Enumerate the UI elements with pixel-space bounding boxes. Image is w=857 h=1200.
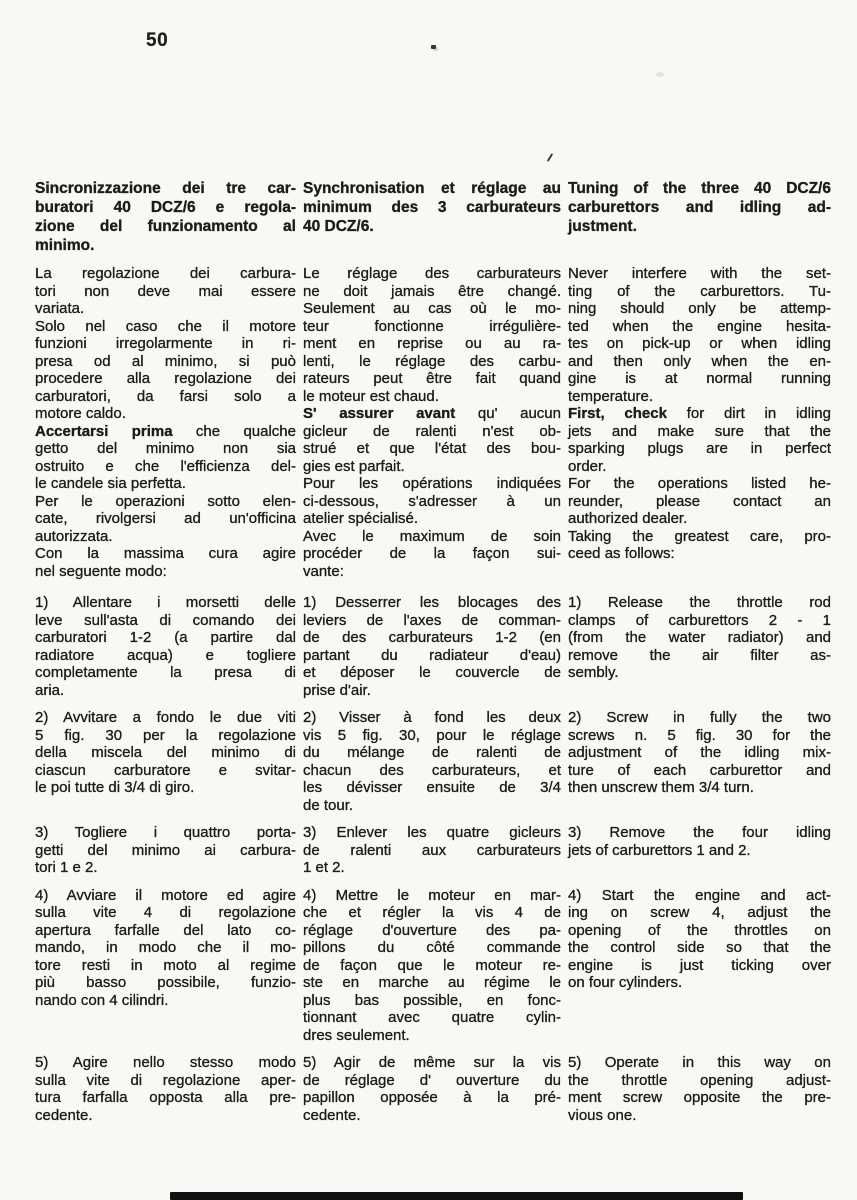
text-line: più basso possibile, funzio- <box>35 974 296 992</box>
text-line: 5) Agire nello stesso modo <box>35 1054 296 1072</box>
text-line: le candele sia perfetta. <box>35 475 296 493</box>
text-line: aria. <box>35 682 296 700</box>
paragraph: Never interfere with the set-ting of the… <box>568 265 831 405</box>
paragraph: 4) Mettre le moteur en mar-che et régler… <box>303 887 561 1045</box>
text-line: ted when the engine hesita- <box>568 318 831 336</box>
step-4-english: 4) Start the engine and act-ing on screw… <box>568 887 831 992</box>
manual-page: 50 Sincronizzazione dei tre car-buratori… <box>0 0 857 1200</box>
text-line: vious one. <box>568 1107 831 1125</box>
intro-french: Le réglage des carburateursne doit jamai… <box>303 265 561 580</box>
text-line: Accertarsi prima che qualche <box>35 423 296 441</box>
text-line: che et régler la vis 4 de <box>303 904 561 922</box>
paragraph: 1) Release the throttle rodclamps of car… <box>568 594 831 682</box>
text-line: 3) Togliere i quattro porta- <box>35 824 296 842</box>
text-line: First, check for dirt in idling <box>568 405 831 423</box>
text-line: teur fonctionne irrégulière- <box>303 318 561 336</box>
text-line: cate, rivolgersi ad un'officina <box>35 510 296 528</box>
step-3-french: 3) Enlever les quatre gicleursde ralenti… <box>303 824 561 877</box>
text-line: variata. <box>35 300 296 318</box>
paragraph: 5) Operate in this way onthe throttle op… <box>568 1054 831 1124</box>
text-line: vis 5 fig. 30, pour le réglage <box>303 727 561 745</box>
text-line: ci-dessous, s'adresser à un <box>303 493 561 511</box>
text-line: atelier spécialisé. <box>303 510 561 528</box>
text-line: Tuning of the three 40 DCZ/6 <box>568 179 831 198</box>
text-line: ne doit jamais être changé. <box>303 283 561 301</box>
text-line: Never interfere with the set- <box>568 265 831 283</box>
text-line: gicleur de ralenti n'est ob- <box>303 423 561 441</box>
text-line: sulla vite 4 di regolazione <box>35 904 296 922</box>
text-line: justment. <box>568 217 831 236</box>
text-line: ciascun carburatore e svitar- <box>35 762 296 780</box>
text-line: tori non deve mai essere <box>35 283 296 301</box>
paragraph: Sincronizzazione dei tre car-buratori 40… <box>35 179 296 255</box>
section-heading-french: Synchronisation et réglage auminimum des… <box>303 179 561 255</box>
text-line: lenti, le réglage des carbu- <box>303 353 561 371</box>
text-line: opening of the throttles on <box>568 922 831 940</box>
text-line: 5) Agir de même sur la vis <box>303 1054 561 1072</box>
text-line: temperature. <box>568 388 831 406</box>
text-line: ceed as follows: <box>568 545 831 563</box>
text-line: 1) Release the throttle rod <box>568 594 831 612</box>
text-line: carburettors and idling ad- <box>568 198 831 217</box>
paragraph: Con la massima cura agirenel seguente mo… <box>35 545 296 580</box>
text-line: order. <box>568 458 831 476</box>
text-line: sulla vite di regolazione aper- <box>35 1072 296 1090</box>
paragraph: 4) Avviare il motore ed agiresulla vite … <box>35 887 296 1010</box>
text-line: ting of the carburettors. Tu- <box>568 283 831 301</box>
text-line: authorized dealer. <box>568 510 831 528</box>
paragraph: S' assurer avant qu' aucungicleur de ral… <box>303 405 561 475</box>
step-3-english: 3) Remove the four idlingjets of carbure… <box>568 824 831 859</box>
intro-italian: La regolazione dei carbura-tori non deve… <box>35 265 296 580</box>
text-line: de façon que le moteur re- <box>303 957 561 975</box>
text-line: de ralenti aux carburateurs <box>303 842 561 860</box>
text-line: jets of carburettors 1 and 2. <box>568 842 831 860</box>
text-line: tes on pick-up or when idling <box>568 335 831 353</box>
text-line: 4) Avviare il motore ed agire <box>35 887 296 905</box>
text-line: reunder, please contact an <box>568 493 831 511</box>
scan-artifact-bottom-bar <box>170 1192 743 1200</box>
paragraph: First, check for dirt in idlingjets and … <box>568 405 831 475</box>
text-line: buratori 40 DCZ/6 e regola- <box>35 198 296 217</box>
paragraph: 3) Togliere i quattro porta-getti del mi… <box>35 824 296 877</box>
text-line: 1 et 2. <box>303 859 561 877</box>
step-3-italian: 3) Togliere i quattro porta-getti del mi… <box>35 824 296 877</box>
text-line: plus bas possible, en fonc- <box>303 992 561 1010</box>
paragraph: Solo nel caso che il motorefunzioni irre… <box>35 318 296 423</box>
text-line: 2) Avvitare a fondo le due viti <box>35 709 296 727</box>
text-line: Taking the greatest care, pro- <box>568 528 831 546</box>
text-line: et déposer le couvercle de <box>303 664 561 682</box>
text-line: motore caldo. <box>35 405 296 423</box>
step-4-french: 4) Mettre le moteur en mar-che et régler… <box>303 887 561 1045</box>
text-line: ture of each carburettor and <box>568 762 831 780</box>
page-number: 50 <box>146 30 168 52</box>
text-line: mando, in modo che il mo- <box>35 939 296 957</box>
text-line: procedere alla regolazione dei <box>35 370 296 388</box>
text-line: the throttle opening adjust- <box>568 1072 831 1090</box>
text-line: papillon opposée à la pré- <box>303 1089 561 1107</box>
text-line: procéder de la façon sui- <box>303 545 561 563</box>
text-line: carburatori 1-2 (a partire dal <box>35 629 296 647</box>
text-line: remove the air filter as- <box>568 647 831 665</box>
step-4-italian: 4) Avviare il motore ed agiresulla vite … <box>35 887 296 1010</box>
text-line: ment screw opposite the pre- <box>568 1089 831 1107</box>
paragraph: 3) Remove the four idlingjets of carbure… <box>568 824 831 859</box>
text-line: Sincronizzazione dei tre car- <box>35 179 296 198</box>
paragraph: 2) Visser à fond les deuxvis 5 fig. 30, … <box>303 709 561 814</box>
step-5-french: 5) Agir de même sur la visde réglage d' … <box>303 1054 561 1124</box>
paragraph: 1) Allentare i morsetti delleleve sull'a… <box>35 594 296 699</box>
scan-artifact-speck <box>431 45 436 49</box>
text-line: autorizzata. <box>35 528 296 546</box>
paragraph: Synchronisation et réglage auminimum des… <box>303 179 561 236</box>
text-line: leviers de l'axes de comman- <box>303 612 561 630</box>
text-line: getto del minimo non sia <box>35 440 296 458</box>
text-line: de tour. <box>303 797 561 815</box>
text-line: funzioni irregolarmente in ri- <box>35 335 296 353</box>
text-line: le poi tutte di 3/4 di giro. <box>35 779 296 797</box>
step-5-english: 5) Operate in this way onthe throttle op… <box>568 1054 831 1124</box>
text-line: de réglage d' ouverture du <box>303 1072 561 1090</box>
text-line: ning should only be attemp- <box>568 300 831 318</box>
text-line: tionnant avec quatre cylin- <box>303 1009 561 1027</box>
text-line: 3) Enlever les quatre gicleurs <box>303 824 561 842</box>
text-line: vante: <box>303 563 561 581</box>
text-line: cedente. <box>303 1107 561 1125</box>
text-line: La regolazione dei carbura- <box>35 265 296 283</box>
paragraph: La regolazione dei carbura-tori non deve… <box>35 265 296 318</box>
step-2-english: 2) Screw in fully the twoscrews n. 5 fig… <box>568 709 831 797</box>
step-2-italian: 2) Avvitare a fondo le due viti5 fig. 30… <box>35 709 296 797</box>
paragraph: Per le operazioni sotto elen-cate, rivol… <box>35 493 296 546</box>
text-line: Seulement au cas où le mo- <box>303 300 561 318</box>
text-line: nel seguente modo: <box>35 563 296 581</box>
paragraph: Le réglage des carburateursne doit jamai… <box>303 265 561 405</box>
text-line: clamps of carburettors 2 - 1 <box>568 612 831 630</box>
step-2-french: 2) Visser à fond les deuxvis 5 fig. 30, … <box>303 709 561 814</box>
text-line: Avec le maximum de soin <box>303 528 561 546</box>
text-line: strué et que l'état des bou- <box>303 440 561 458</box>
paragraph: 2) Avvitare a fondo le due viti5 fig. 30… <box>35 709 296 797</box>
text-line: Pour les opérations indiquées <box>303 475 561 493</box>
paragraph: 2) Screw in fully the twoscrews n. 5 fig… <box>568 709 831 797</box>
text-line: les dévisser ensuite de 3/4 <box>303 779 561 797</box>
paragraph: 3) Enlever les quatre gicleursde ralenti… <box>303 824 561 877</box>
paragraph: Pour les opérations indiquéesci-dessous,… <box>303 475 561 528</box>
paragraph: For the operations listed he-reunder, pl… <box>568 475 831 528</box>
text-line: sembly. <box>568 664 831 682</box>
text-line: minimo. <box>35 236 296 255</box>
text-line: gies est parfait. <box>303 458 561 476</box>
text-line: della miscela del minimo di <box>35 744 296 762</box>
text-line: 4) Mettre le moteur en mar- <box>303 887 561 905</box>
content-grid: Sincronizzazione dei tre car-buratori 40… <box>35 179 831 1124</box>
text-line: gine is at normal running <box>568 370 831 388</box>
text-line: partant du radiateur d'eau) <box>303 647 561 665</box>
text-line: Synchronisation et réglage au <box>303 179 561 198</box>
text-line: 2) Visser à fond les deux <box>303 709 561 727</box>
text-line: du mélange de ralenti de <box>303 744 561 762</box>
text-line: engine is just ticking over <box>568 957 831 975</box>
text-line: nando con 4 cilindri. <box>35 992 296 1010</box>
step-1-english: 1) Release the throttle rodclamps of car… <box>568 594 831 682</box>
text-line: apertura farfalle del lato co- <box>35 922 296 940</box>
paragraph: 1) Desserrer les blocages desleviers de … <box>303 594 561 699</box>
text-line: sparking plugs are in perfect <box>568 440 831 458</box>
text-line: For the operations listed he- <box>568 475 831 493</box>
text-line: prise d'air. <box>303 682 561 700</box>
text-line: tore resti in moto al regime <box>35 957 296 975</box>
paragraph: Tuning of the three 40 DCZ/6carburettors… <box>568 179 831 236</box>
text-line: tori 1 e 2. <box>35 859 296 877</box>
text-line: 2) Screw in fully the two <box>568 709 831 727</box>
text-line: 1) Allentare i morsetti delle <box>35 594 296 612</box>
text-line: Con la massima cura agire <box>35 545 296 563</box>
text-line: ing on screw 4, adjust the <box>568 904 831 922</box>
text-line: le moteur est chaud. <box>303 388 561 406</box>
text-line: on four cylinders. <box>568 974 831 992</box>
text-line: carburatori, da farsi solo a <box>35 388 296 406</box>
text-line: completamente la presa di <box>35 664 296 682</box>
paragraph: 4) Start the engine and act-ing on screw… <box>568 887 831 992</box>
text-line: 4) Start the engine and act- <box>568 887 831 905</box>
step-5-italian: 5) Agire nello stesso modosulla vite di … <box>35 1054 296 1124</box>
text-line: S' assurer avant qu' aucun <box>303 405 561 423</box>
text-line: presa od al minimo, si può <box>35 353 296 371</box>
text-line: réglage d'ouverture des pa- <box>303 922 561 940</box>
text-line: 5) Operate in this way on <box>568 1054 831 1072</box>
text-line: Solo nel caso che il motore <box>35 318 296 336</box>
step-1-french: 1) Desserrer les blocages desleviers de … <box>303 594 561 699</box>
text-line: pillons du côté commande <box>303 939 561 957</box>
text-line: jets and make sure that the <box>568 423 831 441</box>
text-line: cedente. <box>35 1107 296 1125</box>
intro-english: Never interfere with the set-ting of the… <box>568 265 831 563</box>
text-line: ostruito e che l'efficienza del- <box>35 458 296 476</box>
scan-artifact-faint-speck <box>656 72 664 77</box>
section-heading-english: Tuning of the three 40 DCZ/6carburettors… <box>568 179 831 255</box>
text-line: minimum des 3 carburateurs <box>303 198 561 217</box>
text-line: 3) Remove the four idling <box>568 824 831 842</box>
step-1-italian: 1) Allentare i morsetti delleleve sull'a… <box>35 594 296 699</box>
text-line: (from the water radiator) and <box>568 629 831 647</box>
text-line: then unscrew them 3/4 turn. <box>568 779 831 797</box>
text-line: the control side so that the <box>568 939 831 957</box>
text-line: radiatore acqua) e togliere <box>35 647 296 665</box>
scan-artifact-mark <box>547 153 553 162</box>
text-line: getti del minimo ai carbura- <box>35 842 296 860</box>
paragraph: Taking the greatest care, pro-ceed as fo… <box>568 528 831 563</box>
paragraph: Avec le maximum de soinprocéder de la fa… <box>303 528 561 581</box>
text-line: ste en marche au régime le <box>303 974 561 992</box>
text-line: zione del funzionamento al <box>35 217 296 236</box>
section-heading-italian: Sincronizzazione dei tre car-buratori 40… <box>35 179 296 255</box>
text-line: chacun des carburateurs, et <box>303 762 561 780</box>
text-line: and then only when the en- <box>568 353 831 371</box>
text-line: leve sull'asta di comando dei <box>35 612 296 630</box>
text-line: tura farfalla opposta alla pre- <box>35 1089 296 1107</box>
text-line: screws n. 5 fig. 30 for the <box>568 727 831 745</box>
text-line: dres seulement. <box>303 1027 561 1045</box>
paragraph: 5) Agir de même sur la visde réglage d' … <box>303 1054 561 1124</box>
text-line: de des carburateurs 1-2 (en <box>303 629 561 647</box>
text-line: Le réglage des carburateurs <box>303 265 561 283</box>
text-line: rateurs peut être fait quand <box>303 370 561 388</box>
text-line: 40 DCZ/6. <box>303 217 561 236</box>
text-line: 5 fig. 30 per la regolazione <box>35 727 296 745</box>
paragraph: Accertarsi prima che qualchegetto del mi… <box>35 423 296 493</box>
text-line: adjustment of the idling mix- <box>568 744 831 762</box>
text-line: Per le operazioni sotto elen- <box>35 493 296 511</box>
text-line: 1) Desserrer les blocages des <box>303 594 561 612</box>
paragraph: 5) Agire nello stesso modosulla vite di … <box>35 1054 296 1124</box>
text-line: ment en reprise ou au ra- <box>303 335 561 353</box>
